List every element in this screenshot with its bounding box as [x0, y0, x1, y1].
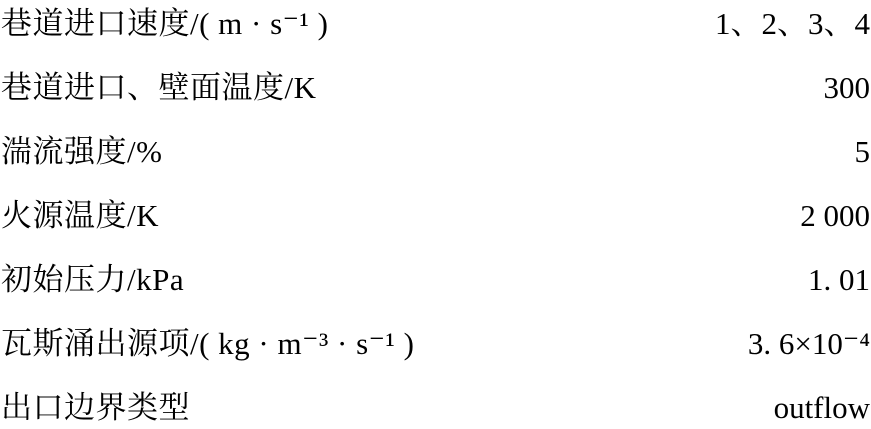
table-row: 湍流强度/% 5	[1, 132, 870, 172]
param-value: outflow	[774, 388, 870, 428]
parameters-table: 巷道进口速度/( m · s⁻¹ ) 1、2、3、4 巷道进口、壁面温度/K 3…	[0, 0, 871, 429]
param-label: 火源温度/K	[1, 196, 159, 236]
table-row: 火源温度/K 2 000	[1, 196, 870, 236]
table-row: 初始压力/kPa 1. 01	[1, 260, 870, 300]
table-row: 巷道进口、壁面温度/K 300	[1, 68, 870, 108]
param-value: 1、2、3、4	[715, 4, 870, 44]
param-label: 巷道进口速度/( m · s⁻¹ )	[1, 4, 328, 44]
table-row: 出口边界类型 outflow	[1, 388, 870, 428]
param-value: 3. 6×10⁻⁴	[748, 324, 870, 364]
param-label: 瓦斯涌出源项/( kg · m⁻³ · s⁻¹ )	[1, 324, 414, 364]
param-value: 300	[824, 68, 871, 108]
param-label: 湍流强度/%	[1, 132, 162, 172]
param-value: 2 000	[800, 196, 870, 236]
param-label: 巷道进口、壁面温度/K	[1, 68, 317, 108]
param-value: 5	[855, 132, 871, 172]
param-label: 初始压力/kPa	[1, 260, 184, 300]
param-label: 出口边界类型	[1, 388, 190, 428]
table-row: 巷道进口速度/( m · s⁻¹ ) 1、2、3、4	[1, 4, 870, 44]
param-value: 1. 01	[808, 260, 870, 300]
table-row: 瓦斯涌出源项/( kg · m⁻³ · s⁻¹ ) 3. 6×10⁻⁴	[1, 324, 870, 364]
